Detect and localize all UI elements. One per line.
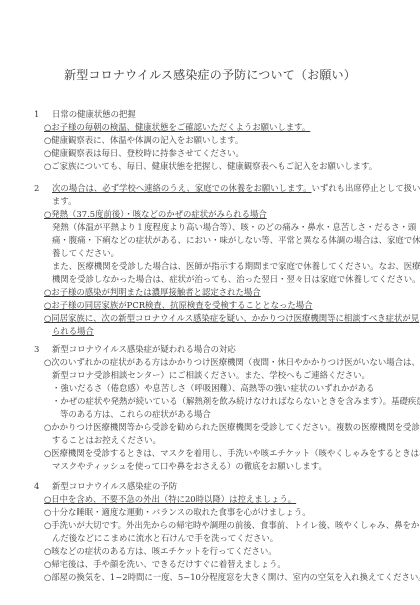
list-item: 機関を受診しなかった場合は、症状が治っても、治った翌日・翌々日は家庭で休養してく… bbox=[52, 274, 420, 285]
list-item: ○お子様の毎朝の検温、健康状態をご確認いただくようお願いします。 bbox=[44, 122, 310, 133]
list-item: ○同居家族に、次の新型コロナウイルス感染症を疑い、かかりつけ医療機関等に相談すべ… bbox=[44, 313, 419, 324]
list-item: 養してください。 bbox=[52, 248, 119, 259]
section-2-heading: 2次の場合は、必ず学校へ連絡のうえ、家庭での休養をお願いします。いずれも出席停止… bbox=[34, 183, 420, 194]
list-item: ○医療機関を受診するときは、マスクを着用し、手洗いや咳エチケット（咳やくしゃみを… bbox=[44, 448, 420, 459]
list-item: 発熱（体温が平熱より１度程度より高い場合等）、咳・のどの痛み・鼻水・息苦しさ・だ… bbox=[52, 222, 416, 233]
list-item: ○咳などの症状のある方は、咳エチケットを行ってください。 bbox=[44, 546, 277, 557]
list-item: ・強いだるさ（倦怠感）や息苦しさ（呼吸困難）、高熱等の強い症状のいずれかがある bbox=[52, 383, 374, 394]
list-item: ○発熱（37.5度前後）・咳などのかぜの症状がみられる場合 bbox=[44, 209, 267, 220]
list-item: ○かかりつけ医療機関等から受診を勧められた医療機関を受診してください。複数の医療… bbox=[44, 422, 420, 433]
section-heading-text: 日常の健康状態の把握 bbox=[52, 109, 136, 119]
section-number: 4 bbox=[34, 481, 52, 492]
list-item: ○ご家族についても、毎日、健康状態を把握し、健康観察表へもご記入をお願いします。 bbox=[44, 161, 377, 172]
section-heading-text: 新型コロナウイルス感染症が疑われる場合の対応 bbox=[52, 344, 236, 354]
list-item: ・かぜの症状や発熱が続いている（解熱剤を飲み続けなければならないときを含みます）… bbox=[52, 396, 420, 407]
section-number: 1 bbox=[34, 109, 52, 120]
list-item: 新型コロナ受診相談センター）にご相談ください。また、学校へもご連絡ください。 bbox=[52, 370, 370, 381]
section-number: 2 bbox=[34, 183, 52, 194]
list-item: マスクやティッシュを使って口や鼻をおさえる）の徹底をお願いします。 bbox=[52, 461, 327, 472]
section-3-heading: 3新型コロナウイルス感染症が疑われる場合の対応 bbox=[34, 344, 236, 355]
list-item: られる場合 bbox=[52, 326, 94, 337]
list-item: 痛・腹痛・下痢などの症状がある、におい・味がしない等、平常と異なる体調の場合は、… bbox=[52, 235, 420, 246]
section-4-heading: 4新型コロナウイルス感染症の予防 bbox=[34, 481, 177, 492]
list-item: んだ後などにこまめに流水と石けんで手を洗ってください。 bbox=[52, 533, 278, 544]
list-item: ○十分な睡眠・適度な運動・バランスの取れた食事を心がけましょう。 bbox=[44, 507, 311, 518]
list-item: 等のある方は、これらの症状がある場合 bbox=[60, 409, 211, 420]
document-page: 新型コロナウイルス感染症の予防について（お願い） 1日常の健康状態の把握 ○お子… bbox=[0, 0, 420, 605]
list-item: ○健康観察表は毎日、登校時に持参させてください。 bbox=[44, 148, 244, 159]
list-item: ○お子様の同居家族がPCR検査、抗原検査を受検することとなった場合 bbox=[44, 300, 313, 311]
list-item: ○日中を含め、不要不急の外出（特に20時以降）は控えましょう。 bbox=[44, 494, 296, 505]
list-item: ○手洗いが大切です。外出先からの帰宅時や調理の前後、食事前、トイレ後、咳やくしゃ… bbox=[44, 520, 419, 531]
page-title: 新型コロナウイルス感染症の予防について（お願い） bbox=[0, 66, 420, 83]
list-item: また、医療機関を受診した場合は、医師が指示する期間まで家庭で休養してください。な… bbox=[52, 261, 420, 272]
list-item: ○帰宅後は、手や顔を洗い、できるだけすぐに着替えましょう。 bbox=[44, 559, 286, 570]
list-item: ○次のいずれかの症状がある方はかかりつけ医療機関（夜間・休日やかかりつけ医がいな… bbox=[44, 357, 420, 368]
section-heading-underlined: 次の場合は、必ず学校へ連絡のうえ、家庭での休養をお願いします。 bbox=[52, 183, 311, 193]
list-item: ○部屋の換気を、1~2時間に一度、5~10分程度窓を大きく開け、室内の空気を入れ… bbox=[44, 572, 420, 583]
section-number: 3 bbox=[34, 344, 52, 355]
list-item: することはお控えください。 bbox=[52, 435, 161, 446]
list-item: ○健康観察表に、体温や体調の記入をお願いします。 bbox=[44, 135, 243, 146]
list-item: ○お子様の感染が判明または濃厚接触者と認定された場合 bbox=[44, 287, 261, 298]
section-heading-continuation: ます。 bbox=[52, 196, 76, 207]
section-heading-text: 新型コロナウイルス感染症の予防 bbox=[52, 481, 177, 491]
section-1-heading: 1日常の健康状態の把握 bbox=[34, 109, 136, 120]
section-heading-rest: いずれも出席停止として扱い bbox=[311, 183, 420, 193]
